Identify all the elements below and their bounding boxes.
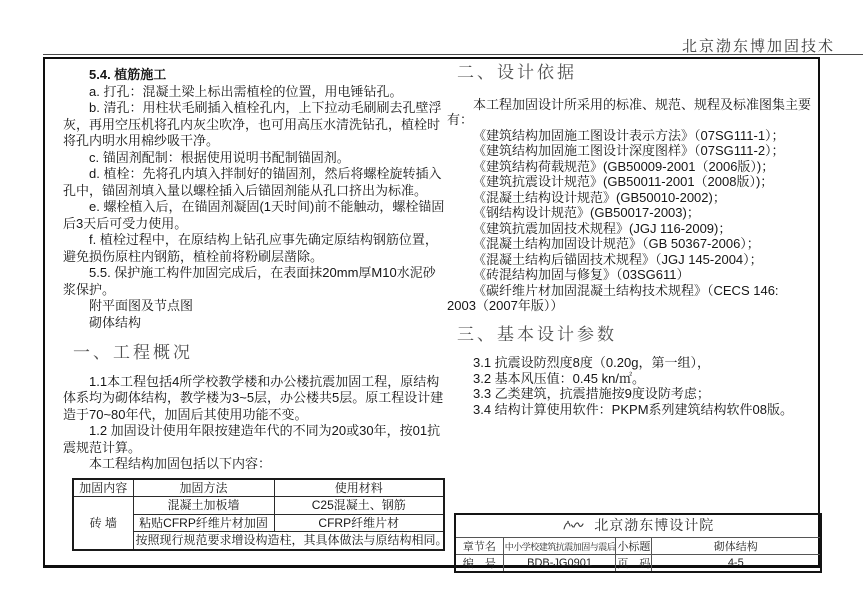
standard-item: 《碳纤维片材加固混凝土结构技术规程》（CECS 146: 2003（2007年版… <box>447 283 811 314</box>
step-c-paragraph: c. 锚固剂配制：根据使用说明书配制锚固剂。 <box>63 150 447 167</box>
table-header-content: 加固内容 <box>73 479 133 497</box>
number-label: 编 号 <box>455 555 503 573</box>
title-block: 北京渤东博设计院 章节名 中小学校建筑抗震加固与震后恢复 小标题 砌体结构 编 … <box>454 513 822 568</box>
subtitle-value: 砌体结构 <box>651 538 821 555</box>
standard-item: 《建筑结构荷载规范》(GB50009-2001（2006版）)； <box>447 159 811 175</box>
design-parameter-item: 3.3 乙类建筑，抗震措施按9度设防考虑； <box>447 386 811 402</box>
page-label: 页 码 <box>616 555 651 573</box>
header-rule <box>43 54 863 55</box>
right-column: 二、设计依据 本工程加固设计所采用的标准、规范、规程及标准图集主要有： 《建筑结… <box>447 63 811 417</box>
chapter-label: 章节名 <box>455 538 503 555</box>
company-cell: 北京渤东博设计院 <box>455 514 821 538</box>
company-row: 北京渤东博设计院 <box>455 514 821 538</box>
table-cell-material-2: CFRP纤维片材 <box>274 514 444 532</box>
step-b-paragraph: b. 清孔：用柱状毛刷插入植栓孔内，上下拉动毛刷刷去孔壁浮灰，再用空压机将孔内灰… <box>63 100 447 150</box>
subtitle-label: 小标题 <box>616 538 651 555</box>
section-5-4-title: 5.4. 植筋施工 <box>63 67 447 84</box>
step-a-paragraph: a. 打孔：混凝土梁上标出需植栓的位置，用电锤钻孔。 <box>63 84 447 101</box>
table-cell-method-2: 粘贴CFRP纤维片材加固 <box>133 514 274 532</box>
section-5-5-paragraph: 5.5. 保护施工构件加固完成后，在表面抹20mm厚M10水泥砂浆保护。 <box>63 265 447 298</box>
table-note-cell: 按照现行规范要求增设构造柱，其具体做法与原结构相同。 <box>133 532 444 550</box>
table-header-material: 使用材料 <box>274 479 444 497</box>
chapter-value: 中小学校建筑抗震加固与震后恢复 <box>503 538 616 555</box>
step-d-paragraph: d. 植栓：先将孔内填入拌制好的锚固剂，然后将螺栓旋转插入孔中，锚固剂填入量以螺… <box>63 166 447 199</box>
standard-item: 《混凝土结构设计规范》(GB50010-2002)； <box>447 190 811 206</box>
table-header-method: 加固方法 <box>133 479 274 497</box>
table-cell-material-1: C25混凝土、钢筋 <box>274 497 444 515</box>
design-basis-intro: 本工程加固设计所采用的标准、规范、规程及标准图集主要有： <box>447 97 811 128</box>
masonry-structure-note: 砌体结构 <box>63 315 447 332</box>
table-row: 砖 墙 混凝土加板墙 C25混凝土、钢筋 <box>73 497 444 515</box>
title-block-table: 北京渤东博设计院 章节名 中小学校建筑抗震加固与震后恢复 小标题 砌体结构 编 … <box>454 513 822 573</box>
number-value: BDB-JG0901 <box>503 555 616 573</box>
standard-item: 《钢结构设计规范》(GB50017-2003)； <box>447 205 811 221</box>
left-column: 5.4. 植筋施工 a. 打孔：混凝土梁上标出需植栓的位置，用电锤钻孔。 b. … <box>63 67 447 551</box>
standard-item: 《建筑抗震加固技术规程》(JGJ 116-2009)； <box>447 221 811 237</box>
table-header-row: 加固内容 加固方法 使用材料 <box>73 479 444 497</box>
company-name: 北京渤东博设计院 <box>594 519 714 534</box>
design-parameter-item: 3.4 结构计算使用软件：PKPM系列建筑结构软件08版。 <box>447 402 811 418</box>
section-1-heading: 一、工程概况 <box>63 345 447 362</box>
table-intro-line: 本工程结构加固包括以下内容： <box>63 456 447 473</box>
attachment-note: 附平面图及节点图 <box>63 298 447 315</box>
table-cell-method-1: 混凝土加板墙 <box>133 497 274 515</box>
standard-item: 《建筑抗震设计规范》(GB50011-2001（2008版）)； <box>447 174 811 190</box>
reinforcement-table: 加固内容 加固方法 使用材料 砖 墙 混凝土加板墙 C25混凝土、钢筋 粘贴CF… <box>72 478 445 551</box>
company-logo-icon <box>562 519 584 537</box>
standard-item: 《混凝土结构后锚固技术规程》（JGJ 145-2004）； <box>447 252 811 268</box>
row-group-label-brick-wall: 砖 墙 <box>73 497 133 550</box>
step-f-paragraph: f. 植栓过程中，在原结构上钻孔应事先确定原结构钢筋位置，避免损伤原柱内钢筋，植… <box>63 232 447 265</box>
step-e-paragraph: e. 螺栓植入后，在锚固剂凝固(1天时间)前不能触动，螺栓锚固后3天后可受力使用… <box>63 199 447 232</box>
page-frame: 5.4. 植筋施工 a. 打孔：混凝土梁上标出需植栓的位置，用电锤钻孔。 b. … <box>43 57 820 568</box>
page-header-title: 北京渤东博加固技术 <box>682 35 835 56</box>
overview-paragraph-1-2: 1.2 加固设计使用年限按建造年代的不同为20或30年，按01抗震规范计算。 <box>63 423 447 456</box>
page-value: 4-5 <box>651 555 821 573</box>
standard-item: 《建筑结构加固施工图设计深度图样》（07SG111-2）； <box>447 143 811 159</box>
section-2-heading: 二、设计依据 <box>447 65 811 81</box>
design-parameter-item: 3.2 基本风压值：0.45 kn/㎡。 <box>447 371 811 387</box>
title-block-row: 章节名 中小学校建筑抗震加固与震后恢复 小标题 砌体结构 <box>455 538 821 555</box>
standard-item: 《建筑结构加固施工图设计表示方法》（07SG111-1）； <box>447 128 811 144</box>
standard-item: 《混凝土结构加固设计规范》（GB 50367-2006）； <box>447 236 811 252</box>
standard-item: 《砖混结构加固与修复》（03SG611） <box>447 267 811 283</box>
section-3-heading: 三、基本设计参数 <box>447 327 811 343</box>
title-block-row: 编 号 BDB-JG0901 页 码 4-5 <box>455 555 821 573</box>
overview-paragraph-1-1: 1.1本工程包括4所学校教学楼和办公楼抗震加固工程，原结构体系均为砌体结构，教学… <box>63 374 447 424</box>
design-parameter-item: 3.1 抗震设防烈度8度（0.20g，第一组）， <box>447 355 811 371</box>
